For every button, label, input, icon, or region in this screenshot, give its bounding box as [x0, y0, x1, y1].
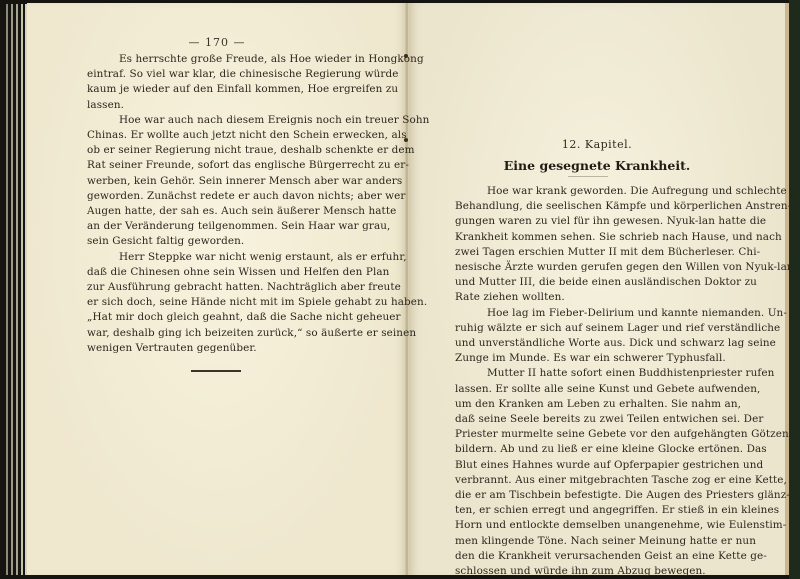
text-line: nesische Ärzte wurden gerufen gegen den … — [455, 260, 721, 275]
text-line: daß seine Seele bereits zu zwei Teilen e… — [455, 412, 721, 427]
text-line: er sich doch, seine Hände nicht mit im S… — [87, 295, 354, 310]
right-page-text: Hoe war krank geworden. Die Aufregung un… — [455, 184, 721, 579]
text-line: Hoe war auch nach diesem Ereignis noch e… — [87, 113, 354, 128]
text-line: den die Krankheit verursachenden Geist a… — [455, 549, 721, 564]
text-line: Horn und entlockte demselben unangenehme… — [455, 518, 721, 533]
text-line: wenigen Vertrauten gegenüber. — [87, 341, 354, 356]
paragraph: Herr Steppke war nicht wenig erstaunt, a… — [87, 250, 354, 356]
left-page-text: Es herrschte große Freude, als Hoe wiede… — [87, 52, 354, 356]
paragraph: Es herrschte große Freude, als Hoe wiede… — [87, 52, 354, 113]
paragraph: Hoe lag im Fieber-Delirium und kannte ni… — [455, 306, 721, 367]
text-line: Herr Steppke war nicht wenig erstaunt, a… — [87, 250, 354, 265]
text-line: zur Ausführung gebracht hatten. Nachträg… — [87, 280, 354, 295]
text-line: men klingende Töne. Nach seiner Meinung … — [455, 534, 721, 549]
text-line: ob er seiner Regierung nicht traue, desh… — [87, 143, 354, 158]
text-line: Augen hatte, der sah es. Auch sein äußer… — [87, 204, 354, 219]
page-stack-edge — [11, 4, 13, 575]
text-line: Behandlung, die seelischen Kämpfe und kö… — [455, 199, 721, 214]
book-gutter — [405, 3, 409, 575]
text-line: und Mutter III, die beide einen ausländi… — [455, 275, 721, 290]
page-stack-edge — [6, 4, 8, 575]
text-line: Es herrschte große Freude, als Hoe wiede… — [87, 52, 354, 67]
text-line: die er am Tischbein befestigte. Die Auge… — [455, 488, 721, 503]
text-line: „Hat mir doch gleich geahnt, daß die Sac… — [87, 310, 354, 325]
text-line: Rate ziehen wollten. — [455, 290, 721, 305]
section-end-rule — [191, 370, 241, 372]
text-line: ruhig wälzte er sich auf seinem Lager un… — [455, 321, 721, 336]
text-line: geworden. Zunächst redete er auch davon … — [87, 189, 354, 204]
page-number: — 170 — — [27, 36, 407, 49]
text-line: und unverständliche Worte aus. Dick und … — [455, 336, 721, 351]
chapter-number: 12. Kapitel. — [409, 138, 785, 151]
text-line: Hoe war krank geworden. Die Aufregung un… — [455, 184, 721, 199]
paragraph: Hoe war krank geworden. Die Aufregung un… — [455, 184, 721, 306]
paragraph: Hoe war auch nach diesem Ereignis noch e… — [87, 113, 354, 250]
text-line: Zunge im Munde. Es war ein schwerer Typh… — [455, 351, 721, 366]
text-line: gungen waren zu viel für ihn gewesen. Ny… — [455, 214, 721, 229]
text-line: war, deshalb ging ich beizeiten zurück,“… — [87, 326, 354, 341]
text-line: werben, kein Gehör. Sein innerer Mensch … — [87, 174, 354, 189]
text-line: lassen. Er sollte alle seine Kunst und G… — [455, 382, 721, 397]
title-rule — [568, 176, 608, 177]
text-line: zwei Tagen erschien Mutter II mit dem Bü… — [455, 245, 721, 260]
text-line: Chinas. Er wollte auch jetzt nicht den S… — [87, 128, 354, 143]
text-line: Mutter II hatte sofort einen Buddhistenp… — [455, 366, 721, 381]
text-line: Krankheit kommen sehen. Sie schrieb nach… — [455, 230, 721, 245]
text-line: Hoe lag im Fieber-Delirium und kannte ni… — [455, 306, 721, 321]
text-line: Blut eines Hahnes wurde auf Opferpapier … — [455, 458, 721, 473]
text-line: Rat seiner Freunde, sofort das englische… — [87, 158, 354, 173]
text-line: lassen. — [87, 98, 354, 113]
book-spread: — 170 — Es herrschte große Freude, als H… — [0, 0, 800, 579]
text-line: verbrannt. Aus einer mitgebrachten Tasch… — [455, 473, 721, 488]
paragraph: Mutter II hatte sofort einen Buddhistenp… — [455, 366, 721, 579]
text-line: daß die Chinesen ohne sein Wissen und He… — [87, 265, 354, 280]
page-stack-edge — [21, 4, 23, 575]
text-line: ten, er schien erregt und angegriffen. E… — [455, 503, 721, 518]
text-line: sein Gesicht faltig geworden. — [87, 234, 354, 249]
text-line: eintraf. So viel war klar, die chinesisc… — [87, 67, 354, 82]
text-line: bildern. Ab und zu ließ er eine kleine G… — [455, 442, 721, 457]
book-cover-edge — [789, 0, 800, 579]
page-stack-edge — [16, 4, 18, 575]
text-line: an der Veränderung teilgenommen. Sein Ha… — [87, 219, 354, 234]
text-line: schlossen und würde ihn zum Abzug bewege… — [455, 564, 721, 579]
chapter-title: Eine gesegnete Krankheit. — [409, 158, 785, 173]
text-line: um den Kranken am Leben zu erhalten. Sie… — [455, 397, 721, 412]
text-line: kaum je wieder auf den Einfall kommen, H… — [87, 82, 354, 97]
text-line: Priester murmelte seine Gebete vor den a… — [455, 427, 721, 442]
